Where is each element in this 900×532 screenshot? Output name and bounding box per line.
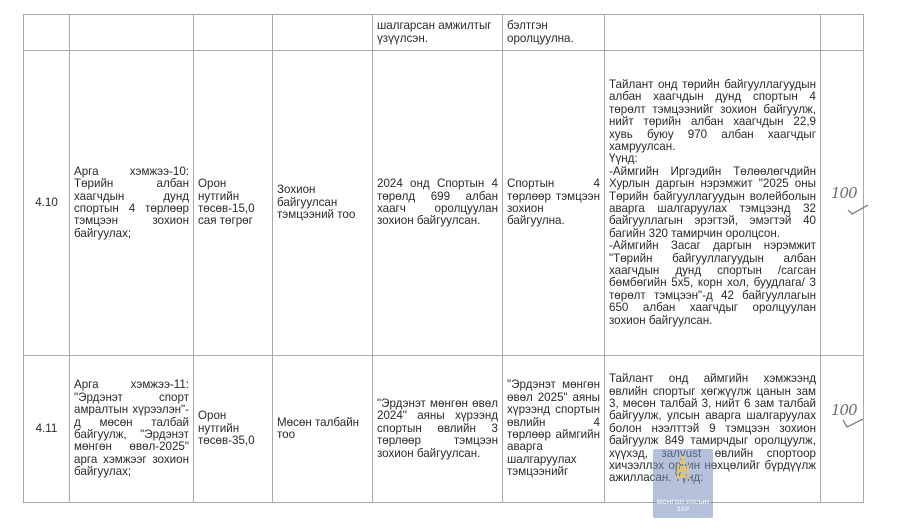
- cell-budget: Орон нутгийн төсөв-15,0 сая төгрөг: [194, 51, 273, 356]
- checkmark-icon: [847, 204, 869, 216]
- cell-indicator: Мөсөн талбайн тоо: [273, 356, 373, 503]
- cell-measure: Арга хэмжээ-11: "Эрдэнэт спорт амралтын …: [70, 356, 194, 503]
- table-row-continuation: шалгарсан амжилтыг үзүүлсэн. бэлтгэн оро…: [24, 15, 864, 51]
- stamp-line: ЗАР: [657, 507, 709, 514]
- cell-target: бэлтгэн оролцуулна.: [503, 15, 605, 51]
- report-paragraph: Үүнд:: [609, 153, 816, 165]
- cell-measure: Арга хэмжээ-10: Төрийн албан хаагчдын ду…: [70, 51, 194, 356]
- target-text: бэлтгэн оролцуулна.: [507, 19, 574, 44]
- cell-index: [24, 15, 70, 51]
- table-row: 4.11 Арга хэмжээ-11: "Эрдэнэт спорт амра…: [24, 356, 864, 503]
- stamp-text: МОНГОЛ УЛСЫН ЗАР: [657, 500, 709, 514]
- table-row: 4.10 Арга хэмжээ-10: Төрийн албан хаагчд…: [24, 51, 864, 356]
- soyombo-emblem-icon: [675, 455, 691, 481]
- cell-score: [821, 15, 864, 51]
- cell-baseline: "Эрдэнэт мөнгөн өвөл 2024" аяны хүрээнд …: [373, 356, 503, 503]
- cell-indicator: [273, 15, 373, 51]
- cell-budget: [194, 15, 273, 51]
- cell-target: "Эрдэнэт мөнгөн өвөл 2025" аяны хүрээнд …: [503, 356, 605, 503]
- cell-report: [605, 15, 821, 51]
- cell-index: 4.10: [24, 51, 70, 356]
- report-paragraph: -Аймгийн Иргэдийн Төлөөлөгчдийн Хурлын д…: [609, 166, 816, 240]
- cell-score: [821, 51, 864, 356]
- cell-target: Спортын 4 төрлөөр тэмцээн зохион байгуул…: [503, 51, 605, 356]
- cell-index: 4.11: [24, 356, 70, 503]
- document-page: шалгарсан амжилтыг үзүүлсэн. бэлтгэн оро…: [0, 0, 900, 532]
- cell-report: Тайлант онд төрийн байгууллагуудын албан…: [605, 51, 821, 356]
- cell-measure: [70, 15, 194, 51]
- official-stamp: МОНГОЛ УЛСЫН ЗАР: [653, 449, 713, 518]
- stamp-line: МОНГОЛ УЛСЫН: [657, 500, 709, 507]
- handwritten-score: 100: [831, 184, 857, 202]
- evaluation-table: шалгарсан амжилтыг үзүүлсэн. бэлтгэн оро…: [23, 14, 864, 503]
- cell-score: [821, 356, 864, 503]
- baseline-text: шалгарсан амжилтыг үзүүлсэн.: [377, 19, 492, 44]
- cell-indicator: Зохион байгуулсан тэмцээний тоо: [273, 51, 373, 356]
- cell-budget: Орон нутгийн төсөв-35,0: [194, 356, 273, 503]
- cell-baseline: шалгарсан амжилтыг үзүүлсэн.: [373, 15, 503, 51]
- report-paragraph: -Аймгийн Засаг даргын нэрэмжит "Төрийн б…: [609, 240, 816, 327]
- report-paragraph: Тайлант онд төрийн байгууллагуудын албан…: [609, 79, 816, 153]
- checkmark-icon: [842, 417, 864, 429]
- cell-baseline: 2024 онд Спортын 4 төрөлд 699 албан хааг…: [373, 51, 503, 356]
